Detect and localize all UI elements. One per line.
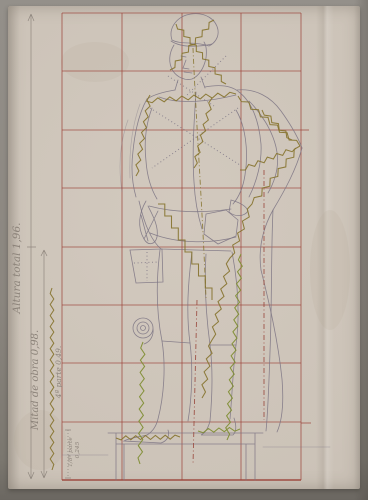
skirt-lines bbox=[139, 201, 236, 251]
left-arm-inner bbox=[145, 108, 157, 199]
cloak-fall-upper bbox=[260, 148, 302, 270]
collar bbox=[159, 95, 236, 101]
doublet-center-seam bbox=[193, 92, 202, 229]
right-leg-inner bbox=[205, 254, 212, 421]
torso-left-edge bbox=[132, 99, 147, 197]
construction-lines bbox=[150, 48, 264, 465]
zigzag-staircase bbox=[158, 204, 212, 300]
left-leg-outer bbox=[147, 250, 164, 435]
annotation-mitad-de-obra: Mitad de obra 0,98. bbox=[30, 330, 41, 431]
right-hand bbox=[229, 200, 248, 216]
zigzag-long-descent bbox=[202, 146, 300, 398]
right-arm-inner bbox=[233, 110, 247, 204]
chest-dotted-diagonal bbox=[152, 108, 238, 168]
neck-lines bbox=[175, 77, 205, 90]
cloak-fall-inner bbox=[266, 210, 273, 431]
right-foot bbox=[201, 418, 236, 435]
zigzag-center-chest bbox=[194, 98, 212, 168]
zigzag-strokes bbox=[50, 20, 300, 470]
zigzag-right-foot-base bbox=[198, 428, 240, 433]
cloak-inner-edge bbox=[249, 101, 278, 193]
annotation-octava-valor: 0,245 bbox=[75, 441, 81, 458]
face-dotted-diagonal bbox=[186, 56, 226, 96]
zigzag-left-foot-base bbox=[116, 435, 180, 440]
annotation-cuarta-parte: 4ª parte 0,49. bbox=[54, 346, 63, 400]
hip-pouch-hexagon bbox=[204, 210, 238, 244]
zigzag-right-leg bbox=[226, 254, 243, 440]
zigzag-cloak-edge bbox=[238, 96, 300, 146]
left-leg-inner bbox=[188, 252, 192, 421]
right-leg-outer bbox=[230, 252, 238, 419]
annotation-altura-total: Altura total 1,96. bbox=[11, 223, 23, 315]
zigzag-spiral-drop bbox=[138, 342, 145, 464]
waist-line bbox=[149, 206, 231, 212]
paper-stain bbox=[310, 210, 350, 330]
red-grid bbox=[62, 13, 311, 480]
spiral-volute bbox=[133, 318, 153, 344]
pedestal-ground-line bbox=[62, 447, 330, 455]
cap-outline bbox=[171, 14, 218, 46]
drawing-svg: Altura total 1,96. Mitad de obra 0,98. 4… bbox=[0, 0, 368, 500]
pouch-dotted-lines bbox=[134, 252, 159, 281]
paper-stain bbox=[61, 42, 129, 82]
annotation-octava-parte: 1/8ª parte bbox=[67, 437, 74, 467]
torso-left-first-contour bbox=[120, 104, 140, 192]
cloak-outer-edge bbox=[237, 90, 302, 148]
face-features bbox=[181, 56, 192, 73]
shoulders bbox=[147, 86, 239, 99]
photo-backdrop: Altura total 1,96. Mitad de obra 0,98. 4… bbox=[0, 0, 368, 500]
plumb-dashdot-center bbox=[193, 300, 197, 465]
knee-lines bbox=[162, 341, 236, 345]
